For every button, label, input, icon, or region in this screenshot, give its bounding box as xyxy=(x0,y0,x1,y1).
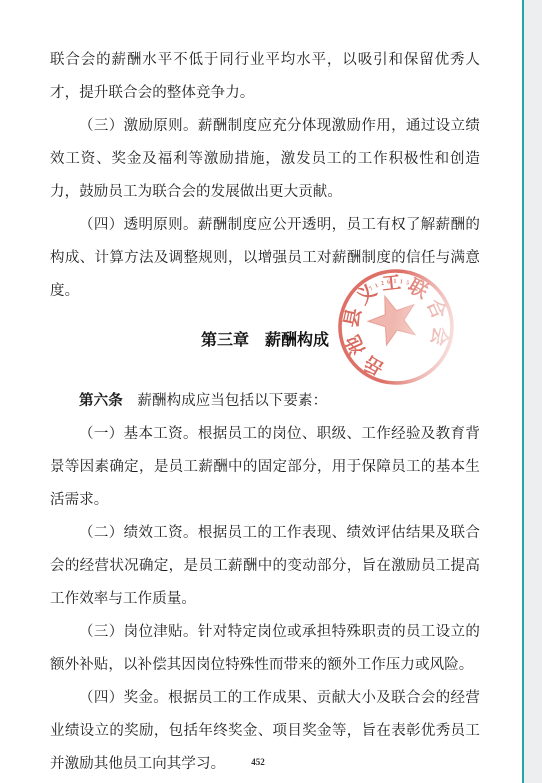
paragraph: （一）基本工资。根据员工的岗位、职级、工作经验及教育背景等因素确定，是员工薪酬中… xyxy=(50,418,480,517)
paragraph: （四）透明原则。薪酬制度应公开透明，员工有权了解薪酬的构成、计算方法及调整规则，… xyxy=(50,209,480,308)
article-number: 第六条 xyxy=(79,393,123,409)
paragraph: 联合会的薪酬水平不低于同行业平均水平，以吸引和保留优秀人才，提升联合会的整体竞争… xyxy=(50,44,480,110)
document-content: 联合会的薪酬水平不低于同行业平均水平，以吸引和保留优秀人才，提升联合会的整体竞争… xyxy=(50,44,480,781)
page-number: 452 xyxy=(0,757,516,767)
chapter-heading: 第三章 薪酬构成 xyxy=(50,324,480,357)
paragraph: （三）岗位津贴。针对特定岗位或承担特殊职责的员工设立的额外补贴，以补偿其因岗位特… xyxy=(50,616,480,682)
paragraph: 第六条 薪酬构成应当包括以下要素： xyxy=(50,385,480,418)
outside-background xyxy=(524,0,542,783)
paragraph: （三）激励原则。薪酬制度应充分体现激励作用，通过设立绩效工资、奖金及福利等激励措… xyxy=(50,110,480,209)
paragraph-text: 薪酬构成应当包括以下要素： xyxy=(123,393,327,409)
paragraph: （二）绩效工资。根据员工的工作表现、绩效评估结果及联合会的经营状况确定，是员工薪… xyxy=(50,517,480,616)
document-page: { "document": { "paragraphs": [ { "type"… xyxy=(0,0,542,783)
